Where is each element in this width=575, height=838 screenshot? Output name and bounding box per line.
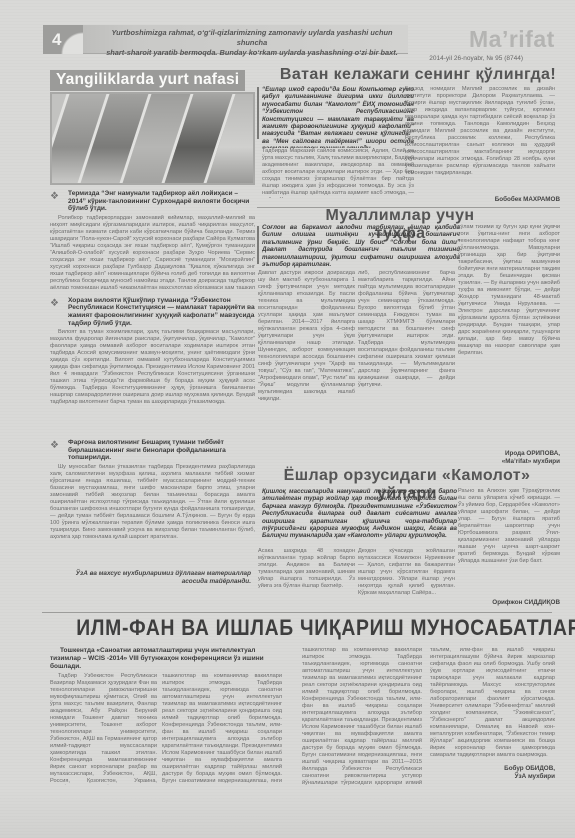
news-headline: Хоразм вилояти Қўшкўпир туманида “Ўзбеки…: [50, 297, 255, 327]
author-science-name: Бобур ОБИДОВ,: [430, 765, 555, 773]
article-text-teachers-col1: Давлат дастури ижроси доирасида шу йил м…: [258, 270, 355, 452]
ornament-bullet-icon: ❖: [50, 192, 60, 202]
article-lead-vatan: “Ёшлар ижод саройи”да Бош Компьютер гумо…: [262, 86, 414, 148]
masthead-brand: Ma’rifat: [469, 26, 555, 53]
article-text-vatan-col1: Тадбирда Марказий сайлов комиссияси, Адл…: [262, 148, 414, 198]
article-text-science-col1: Тадбир Ўзбекистон Республикаси Вазирлар …: [50, 673, 157, 785]
news-column-credit: ЎзА ва махсус мухбирларимиз йўллаган мат…: [50, 570, 255, 586]
article-text-kamolot-col2: Деҳқон кўчасида жойлашган мутахассиси Ко…: [358, 548, 455, 600]
news-body: Ролибкор тадбиркорлардан замонавий кийим…: [50, 215, 255, 289]
article-text-kamolot-col3: Раъно ва Алихон ҳам Тўрақўрғонлик ёш оил…: [458, 488, 560, 588]
news-headline: Фарғона вилоятининг Бешариқ тумани тибби…: [50, 439, 255, 462]
ornament-bullet-icon: ❖: [50, 441, 60, 451]
author-kamolot: Орифжон СИДДИҚОВ: [430, 599, 560, 607]
author-science-role: ЎзА мухбири: [430, 773, 555, 781]
article-title-vatan: Ватан келажаги сенинг қўлингда!: [268, 66, 568, 84]
news-item: ❖ Фарғона вилоятининг Бешариқ тумани тиб…: [50, 439, 255, 564]
news-body: Шу муносабат билан ўтказилган тадбирда П…: [50, 464, 255, 564]
article-lead-teachers: Соғлом ва баркамол авлодни тарбиялаш, ёш…: [262, 224, 460, 268]
slogan-line-2: shart-sharoit yaratib bermoqda. Bunday k…: [96, 48, 408, 58]
ornament-bullet-icon: ❖: [50, 299, 60, 309]
article-text-kamolot-col1: Асака шаҳрида 48 хонадон мўлжалланган ту…: [258, 548, 355, 600]
issue-date: 2014-yil 26-noyabr, № 95 (8744): [429, 55, 523, 62]
slogan-line-1: Yurtboshimizga rahmat, o‘g‘il-qizlarimiz…: [96, 28, 408, 48]
article-text-science-col2: ташкилотлар ва компаниялар вакиллари ишт…: [162, 673, 282, 785]
page-bottom-margin: [0, 790, 575, 838]
article-title-science: ИЛМ-ФАН ВА ИШЛАБ ЧИҚАРИШ МУНОСАБАТЛАРИ М…: [76, 615, 497, 641]
news-headline: Термизда “Энг намунали тадбиркор аёл лой…: [50, 190, 255, 213]
news-item: ❖ Термизда “Энг намунали тадбиркор аёл л…: [50, 190, 255, 289]
page-number: 4: [52, 30, 61, 50]
lead-rule: [257, 87, 259, 139]
article-text-science-col3: таълим, илм-фан ва ишлаб чиқариш интегра…: [430, 647, 555, 763]
article-text-vatan-col2: Беҳзод номидаги Миллий рассомлик ва диза…: [405, 86, 555, 198]
photo-collage: [50, 92, 255, 185]
page-number-block: [43, 25, 83, 54]
section-divider: [42, 612, 552, 613]
article-text-science-col2b: ташкилотлар ва компаниялар вакиллари ишт…: [302, 647, 422, 787]
news-column: Yangiliklarda yurt nafasi ❖ Термизда “Эн…: [50, 70, 255, 586]
article-lead-kamolot: Қишлоқ массивларида намунавий лойиҳалар …: [262, 488, 457, 546]
article-lead-science: Тошкентда «Саноатни автоматлаштириш учун…: [50, 647, 272, 671]
author-vatan: Бобобек МАХРАМОВ: [430, 196, 560, 204]
news-body: Вилоят ва туман хокимликлари, ҳалқ таъли…: [50, 329, 255, 431]
news-item: ❖ Хоразм вилояти Қўшкўпир туманида “Ўзбе…: [50, 297, 255, 431]
news-banner: Yangiliklarda yurt nafasi: [50, 70, 245, 91]
lead-rule: [257, 226, 259, 264]
article-text-teachers-col3: кўлам тизими ҳу бугун ҳар куни ўқувчи то…: [458, 224, 560, 448]
newspaper-page: 4 Yurtboshimizga rahmat, o‘g‘il-qizlarim…: [0, 0, 575, 838]
header-slogan: Yurtboshimizga rahmat, o‘g‘il-qizlarimiz…: [96, 28, 408, 58]
article-text-teachers-col2: либ, республикамизнинг барча мактаблариг…: [358, 270, 455, 452]
author-teachers-role: «Ma’rifat» мухбири: [440, 458, 560, 466]
author-teachers-name: Ирода ОРИПОВА,: [440, 450, 560, 458]
